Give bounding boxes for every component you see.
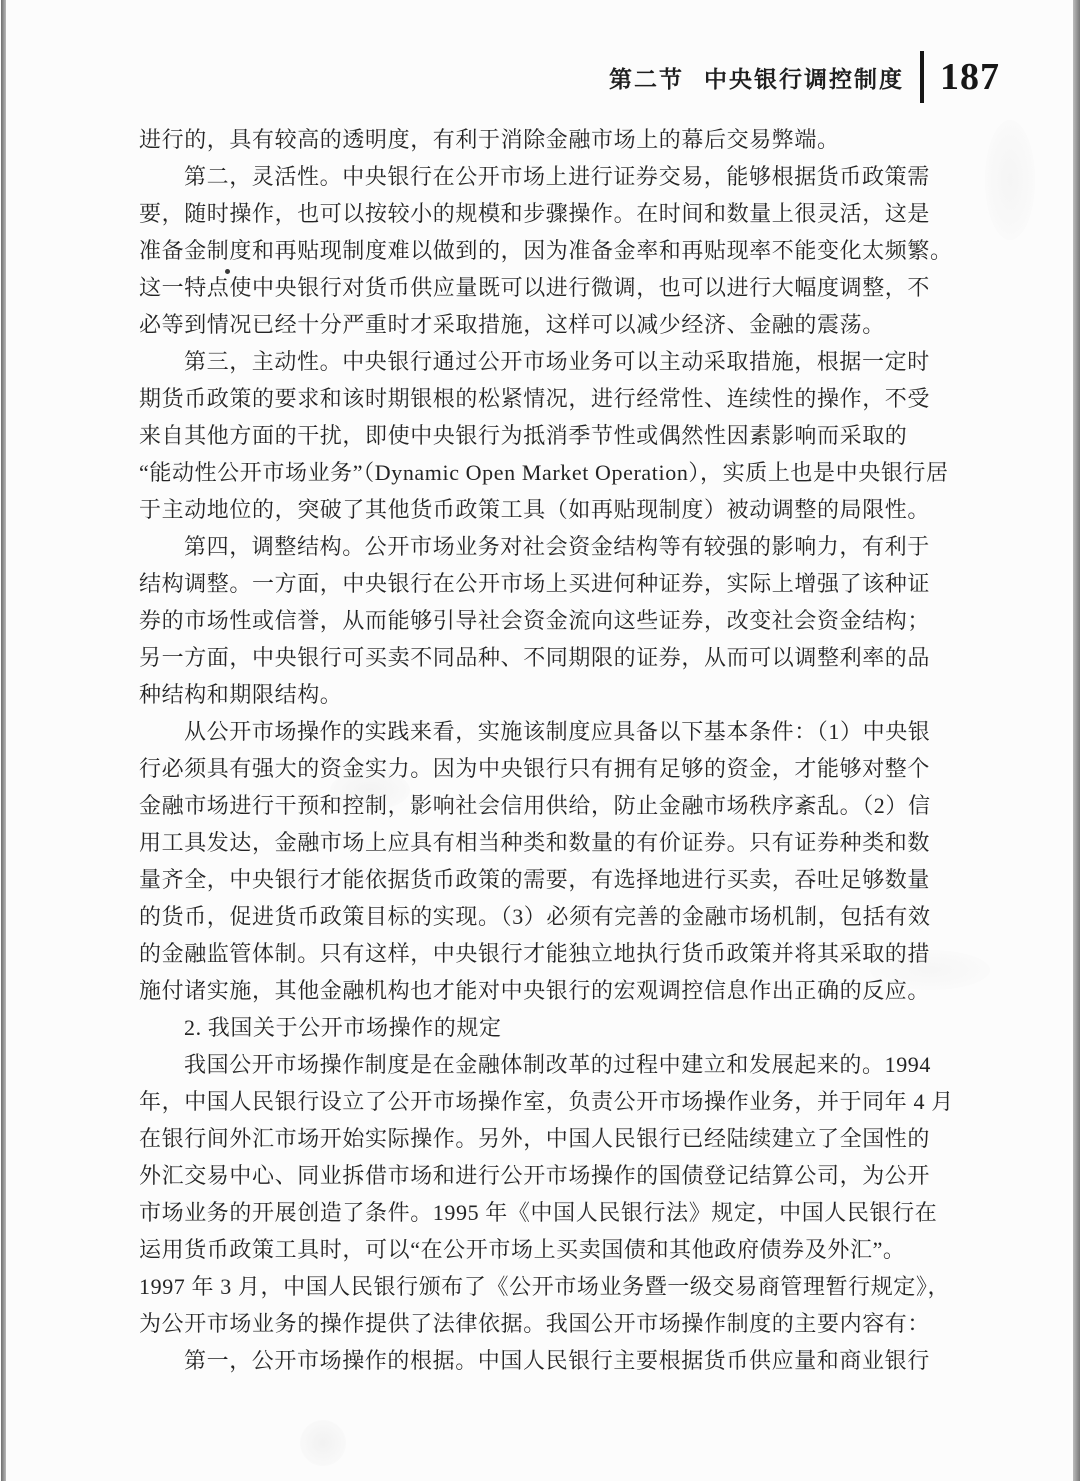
text-line: 券的市场性或信誉，从而能够引导社会资金流向这些证券，改变社会资金结构； (139, 602, 954, 639)
text-line: 金融市场进行干预和控制，影响社会信用供给，防止金融市场秩序紊乱。（2）信 (139, 787, 954, 824)
scan-smudge (300, 1420, 346, 1466)
text-line: 行必须具有强大的资金实力。因为中央银行只有拥有足够的资金，才能够对整个 (139, 750, 954, 787)
text-line: 种结构和期限结构。 (139, 676, 954, 713)
page-number: 187 (940, 55, 1000, 99)
text-line: 量齐全，中央银行才能依据货币政策的需要，有选择地进行买卖，吞吐足够数量 (139, 861, 954, 898)
text-line: 期货币政策的要求和该时期银根的松紧情况，进行经常性、连续性的操作，不受 (139, 380, 954, 417)
text-line: 第四，调整结构。公开市场业务对社会资金结构等有较强的影响力，有利于 (139, 528, 954, 565)
section-number: 第二节 (609, 61, 684, 94)
text-line: 另一方面，中央银行可买卖不同品种、不同期限的证券，从而可以调整利率的品 (139, 639, 954, 676)
text-line: 必等到情况已经十分严重时才采取措施，这样可以减少经济、金融的震荡。 (139, 306, 954, 343)
header-divider-rule (920, 51, 924, 103)
text-line: 市场业务的开展创造了条件。1995 年《中国人民银行法》规定，中国人民银行在 (139, 1194, 954, 1231)
running-header: 第二节 中央银行调控制度 187 (609, 50, 1000, 104)
book-page-scan: 第二节 中央银行调控制度 187 进行的，具有较高的透明度，有利于消除金融市场上… (0, 0, 1080, 1481)
text-line: 结构调整。一方面，中央银行在公开市场上买进何种证券，实际上增强了该种证 (139, 565, 954, 602)
text-line: 的货币，促进货币政策目标的实现。（3）必须有完善的金融市场机制，包括有效 (139, 898, 954, 935)
text-line: 施付诸实施，其他金融机构也才能对中央银行的宏观调控信息作出正确的反应。 (139, 972, 954, 1009)
text-line: 用工具发达，金融市场上应具有相当种类和数量的有价证券。只有证券种类和数 (139, 824, 954, 861)
text-line: 外汇交易中心、同业拆借市场和进行公开市场操作的国债登记结算公司，为公开 (139, 1157, 954, 1194)
text-line: 于主动地位的，突破了其他货币政策工具（如再贴现制度）被动调整的局限性。 (139, 491, 954, 528)
text-line: 的金融监管体制。只有这样，中央银行才能独立地执行货币政策并将其采取的措 (139, 935, 954, 972)
text-line: 从公开市场操作的实践来看，实施该制度应具备以下基本条件：（1）中央银 (139, 713, 954, 750)
text-line: 在银行间外汇市场开始实际操作。另外，中国人民银行已经陆续建立了全国性的 (139, 1120, 954, 1157)
text-line: 第一，公开市场操作的根据。中国人民银行主要根据货币供应量和商业银行 (139, 1342, 954, 1379)
text-line: 进行的，具有较高的透明度，有利于消除金融市场上的幕后交易弊端。 (139, 121, 954, 158)
text-line: 第三，主动性。中央银行通过公开市场业务可以主动采取措施，根据一定时 (139, 343, 954, 380)
text-line: 准备金制度和再贴现制度难以做到的，因为准备金率和再贴现率不能变化太频繁。 (139, 232, 954, 269)
text-line: 我国公开市场操作制度是在金融体制改革的过程中建立和发展起来的。1994 (139, 1046, 954, 1083)
text-line: 要，随时操作，也可以按较小的规模和步骤操作。在时间和数量上很灵活，这是 (139, 195, 954, 232)
scan-edge-right (1073, 0, 1080, 1481)
text-line: 为公开市场业务的操作提供了法律依据。我国公开市场操作制度的主要内容有： (139, 1305, 954, 1342)
text-line: 运用货币政策工具时，可以“在公开市场上买卖国债和其他政府债券及外汇”。 (139, 1231, 954, 1268)
text-line: 第二，灵活性。中央银行在公开市场上进行证券交易，能够根据货币政策需 (139, 158, 954, 195)
text-line: 来自其他方面的干扰，即使中央银行为抵消季节性或偶然性因素影响而采取的 (139, 417, 954, 454)
scan-smudge (985, 120, 1035, 240)
text-line: 这一特点使中央银行对货币供应量既可以进行微调，也可以进行大幅度调整，不 (139, 269, 954, 306)
text-line: 年，中国人民银行设立了公开市场操作室，负责公开市场操作业务，并于同年 4 月 (139, 1083, 954, 1120)
scan-edge-left (1, 0, 6, 1481)
text-line: “能动性公开市场业务”（Dynamic Open Market Operatio… (139, 454, 954, 491)
section-title: 中央银行调控制度 (704, 61, 904, 94)
text-line: 1997 年 3 月，中国人民银行颁布了《公开市场业务暨一级交易商管理暂行规定》… (139, 1268, 954, 1305)
body-text-column: 进行的，具有较高的透明度，有利于消除金融市场上的幕后交易弊端。第二，灵活性。中央… (139, 121, 954, 1379)
text-line: 2. 我国关于公开市场操作的规定 (139, 1009, 954, 1046)
